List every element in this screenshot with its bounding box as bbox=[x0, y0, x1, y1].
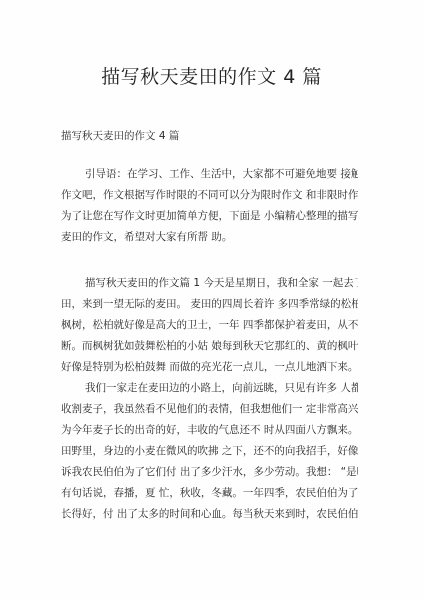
text-line: 作文吧，作文根据写作时限的不同可以分为限时作文 和非限时作文。 bbox=[61, 185, 358, 206]
text-line: 枫树，松柏就好像是高大的卫士，一年 四季都保护着麦田，从不间 bbox=[61, 315, 358, 336]
text-line: 麦田的作文，希望对大家有所帮 助。 bbox=[61, 227, 358, 248]
text-line: 我们一家走在麦田边的小路上，向前远眺，只见有许多 人都在 bbox=[61, 378, 358, 399]
text-line: 收割麦子，我虽然看不见他们的表情，但我想他们一 定非常高兴，因 bbox=[61, 399, 358, 420]
essay-1-paragraph-2: 我们一家走在麦田边的小路上，向前远眺，只见有许多 人都在 收割麦子，我虽然看不见… bbox=[61, 378, 358, 525]
document-page: 描写秋天麦田的作文 4 篇 描写秋天麦田的作文 4 篇 引导语：在学习、工作、生… bbox=[0, 0, 423, 600]
text-line: 为今年麦子长的出奇的好，丰收的气息还不 时从四面八方飘来。走进 bbox=[61, 420, 358, 441]
text-line: 描写秋天麦田的作文篇 1 今天是星期日，我和全家 一起去了农 bbox=[61, 273, 358, 294]
text-line: 为了让您在写作文时更加简单方便，下面是 小编精心整理的描写秋天 bbox=[61, 206, 358, 227]
document-title: 描写秋天麦田的作文 4 篇 bbox=[0, 62, 423, 89]
text-line: 断。而枫树犹如鼓舞松柏的小姑 娘每到秋天它那红的、黄的枫叶，就 bbox=[61, 336, 358, 357]
text-line: 田，来到一望无际的麦田。 麦田的四周长着许 多四季常绿的松柏和 bbox=[61, 294, 358, 315]
text-line: 有句话说，春播，夏 忙，秋收，冬藏。一年四季，农民伯伯为了庄稼 bbox=[61, 483, 358, 504]
intro-paragraph: 引导语：在学习、工作、生活中，大家都不可避免地要 接触到 作文吧，作文根据写作时… bbox=[61, 164, 358, 248]
text-line: 诉我农民伯伯为了它们付 出了多少汗水，多少劳动。我想： “是啊 bbox=[61, 462, 358, 483]
text-line: 好像是特别为松柏鼓舞 而做的亮光花一点儿，一点儿地洒下来。 bbox=[61, 357, 358, 378]
text-line: 长得好，付 出了太多的时间和心血。每当秋天来到时，农民伯伯就非 bbox=[61, 504, 358, 525]
document-subtitle: 描写秋天麦田的作文 4 篇 bbox=[61, 128, 179, 143]
text-line: 田野里，身边的小麦在微风的吹拂 之下，还不的向我招手，好像要告 bbox=[61, 441, 358, 462]
essay-1-paragraph: 描写秋天麦田的作文篇 1 今天是星期日，我和全家 一起去了农 田，来到一望无际的… bbox=[61, 273, 358, 378]
text-line: 引导语：在学习、工作、生活中，大家都不可避免地要 接触到 bbox=[61, 164, 358, 185]
